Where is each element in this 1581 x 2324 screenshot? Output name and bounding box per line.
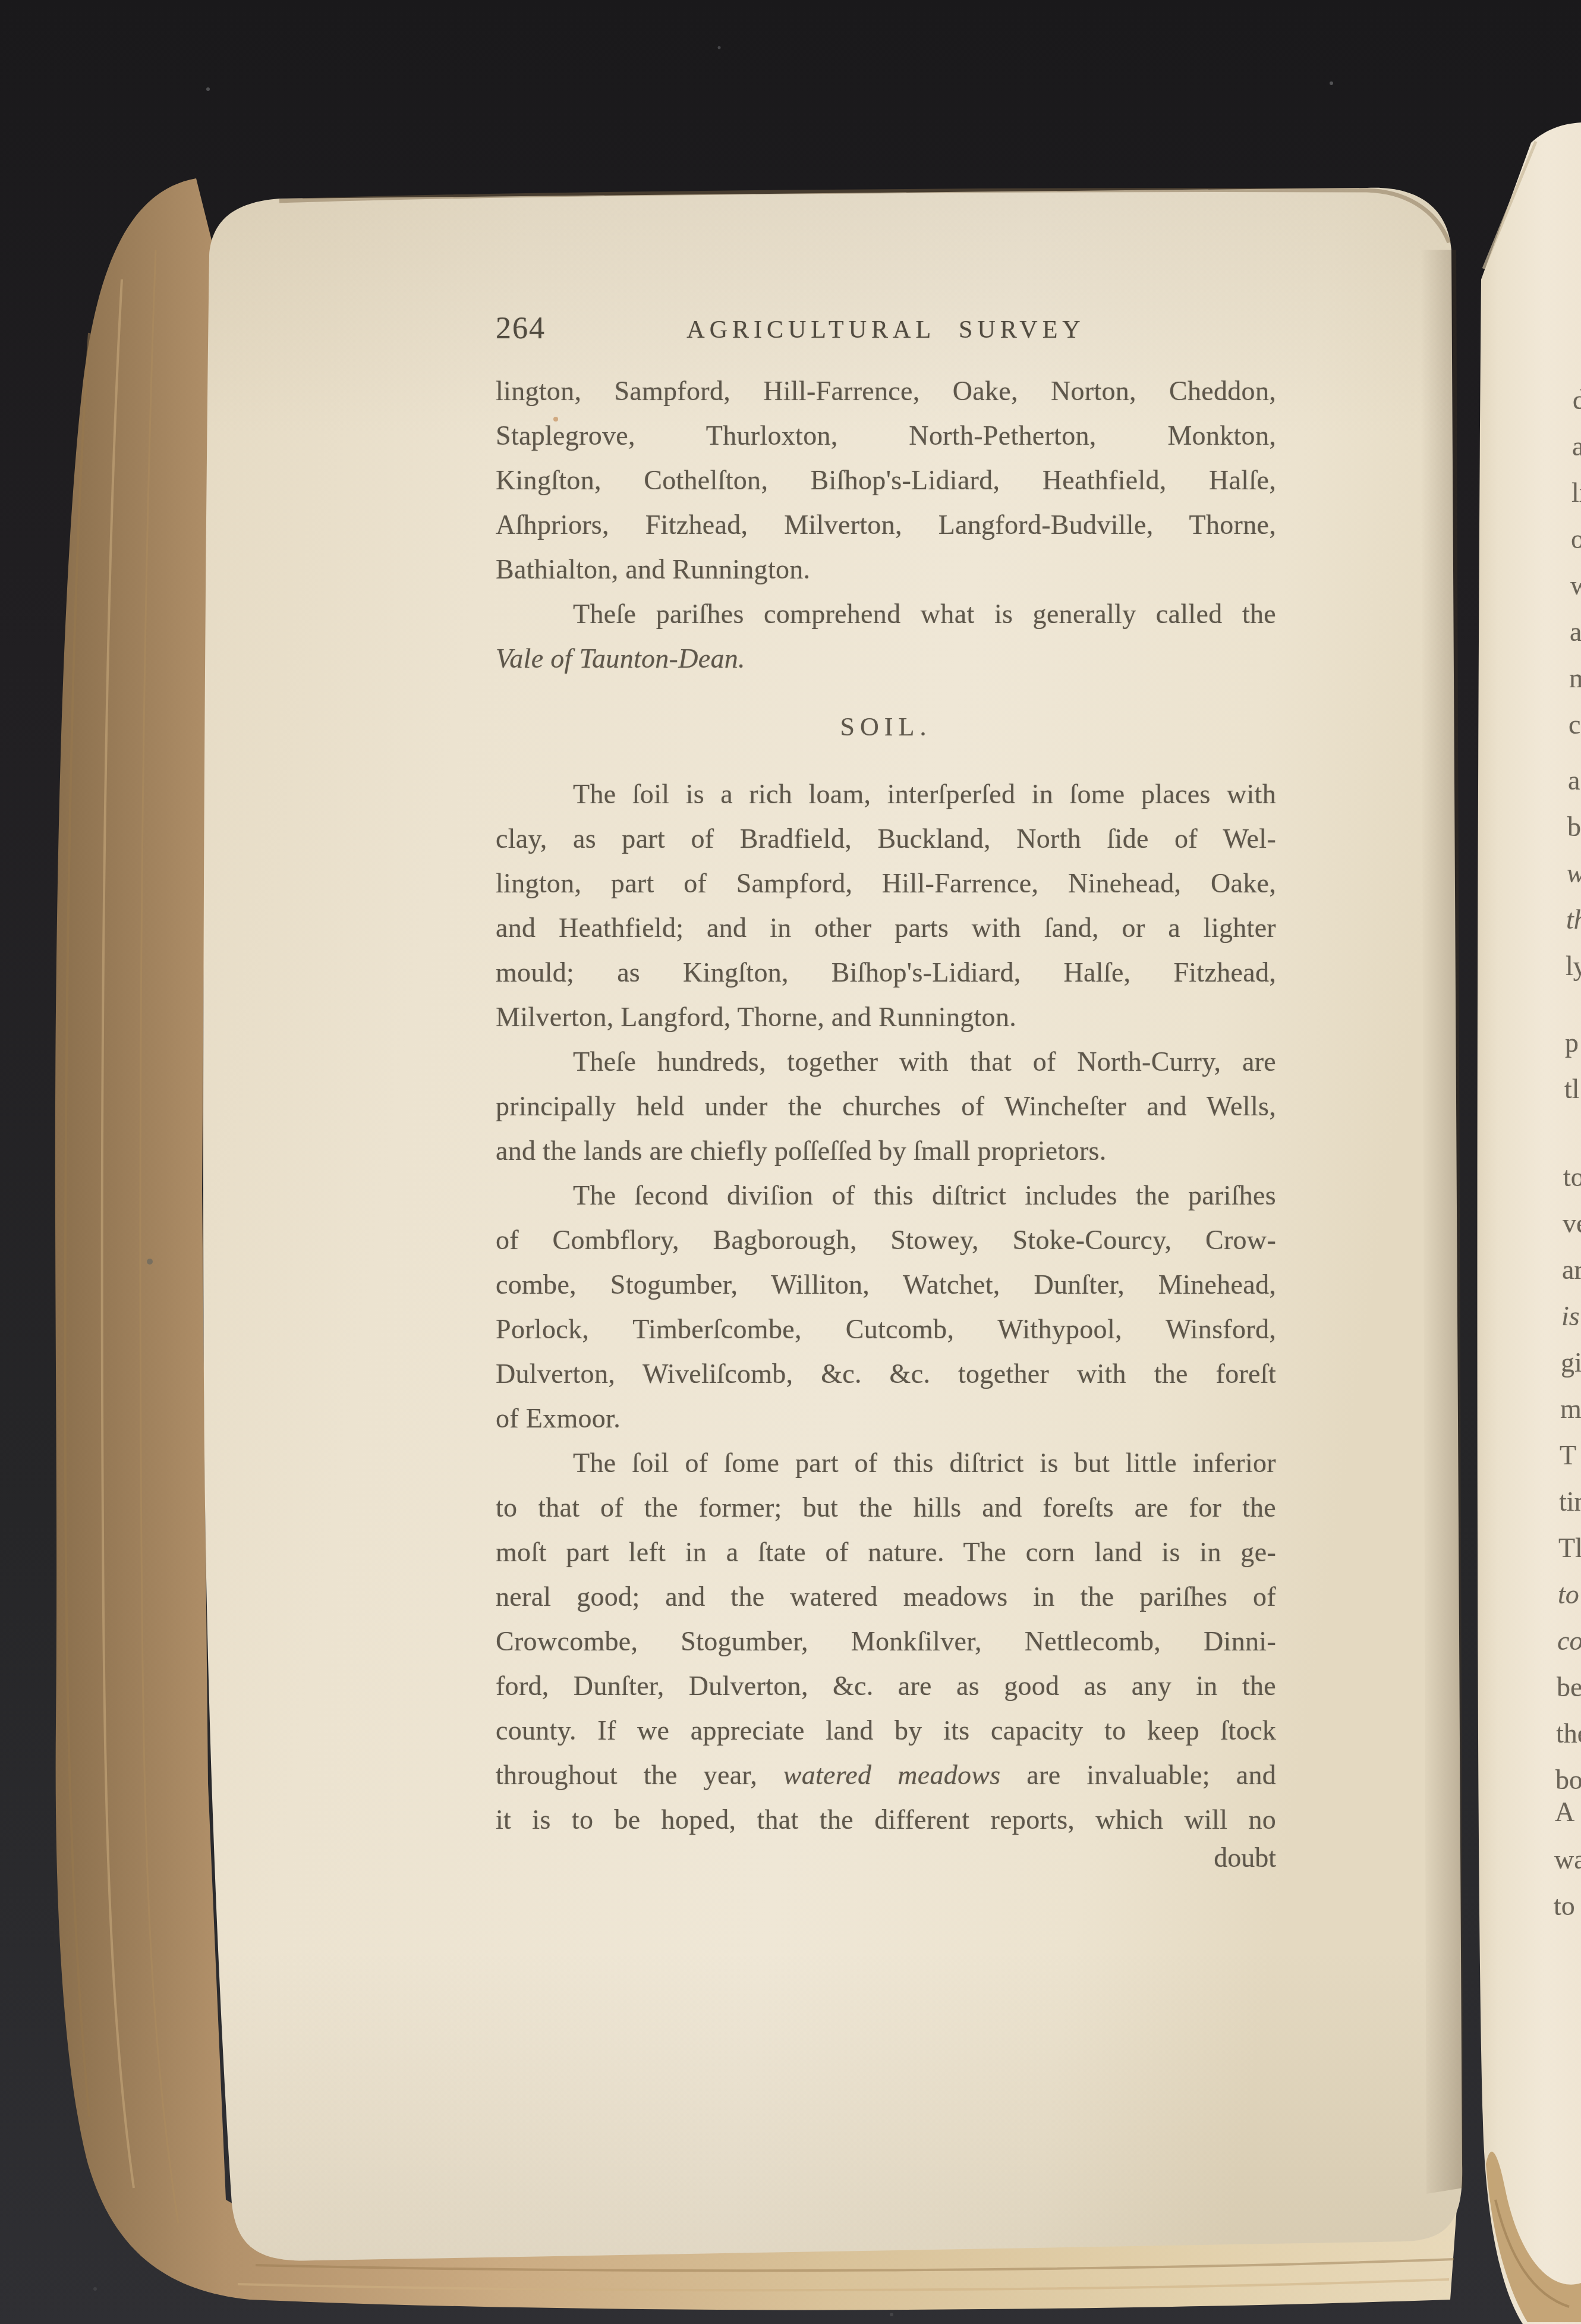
text-segment: The ſecond diviſion of this diſtrict inc… <box>573 1180 1276 1210</box>
italic-text-segment: Vale of Taunton-Dean. <box>496 643 745 674</box>
text-line: neral good; and the watered meadows in t… <box>496 1574 1276 1619</box>
facing-page-line-fragment: con <box>1557 1618 1581 1663</box>
running-head: AGRICULTURAL SURVEY <box>496 316 1276 344</box>
text-line: Vale of Taunton-Dean. <box>496 636 1276 681</box>
facing-page-line-fragment: are <box>1562 1247 1581 1292</box>
facing-page-line-fragment: A <box>1555 1790 1574 1834</box>
facing-page-line-fragment: b <box>1567 804 1581 849</box>
text-segment: Crowcombe, Stogumber, Monkſilver, Nettle… <box>496 1626 1276 1656</box>
facing-page-line-fragment: begi <box>1557 1665 1581 1709</box>
text-segment: Bathialton, and Runnington. <box>496 554 810 584</box>
facing-page-line-fragment: a <box>1568 758 1580 803</box>
facing-page-line-fragment: w <box>1567 851 1581 895</box>
text-line: Theſe hundreds, together with that of No… <box>496 1039 1276 1084</box>
text-segment: moſt part left in a ſtate of nature. The… <box>496 1537 1276 1567</box>
text-segment: Staplegrove, Thurloxton, North-Petherton… <box>496 420 1276 451</box>
text-segment: neral good; and the watered meadows in t… <box>496 1581 1276 1612</box>
dust-speck <box>1330 81 1333 85</box>
text-line: Theſe pariſhes comprehend what is genera… <box>496 592 1276 636</box>
text-line: clay, as part of Bradfield, Buckland, No… <box>496 816 1276 861</box>
text-line: and Heathfield; and in other parts with … <box>496 905 1276 950</box>
text-line: Milverton, Langford, Thorne, and Running… <box>496 995 1276 1039</box>
facing-page-line-fragment: of <box>1571 517 1581 561</box>
facing-page-line-fragment: a g <box>1572 424 1581 468</box>
text-line: principally held under the churches of W… <box>496 1084 1276 1128</box>
facing-page-line-fragment: the <box>1566 897 1581 942</box>
text-segment: Theſe pariſhes comprehend what is genera… <box>573 599 1276 629</box>
text-segment: Aſhpriors, Fitzhead, Milverton, Langford… <box>496 510 1276 540</box>
text-segment: Porlock, Timberſcombe, Cutcomb, Withypoo… <box>496 1314 1276 1344</box>
text-line: combe, Stogumber, Williton, Watchet, Dun… <box>496 1262 1276 1307</box>
facing-page-line-fragment: to <box>1563 1155 1581 1199</box>
facing-page-line-fragment: is n <box>1561 1294 1581 1338</box>
text-segment: Kingſton, Cothelſton, Biſhop's-Lidiard, … <box>496 465 1276 495</box>
text-segment: mould; as Kingſton, Biſhop's-Lidiard, Ha… <box>496 957 1276 988</box>
text-segment: it is to be hoped, that the different re… <box>496 1804 1276 1835</box>
text-segment: of Combflory, Bagborough, Stowey, Stoke-… <box>496 1225 1276 1255</box>
facing-page-line-fragment: give <box>1561 1340 1581 1385</box>
dust-speck <box>206 87 210 91</box>
text-segment: of Exmoor. <box>496 1403 621 1433</box>
text-line: ford, Dunſter, Dulverton, &c. are as goo… <box>496 1663 1276 1708</box>
text-line: The ſoil is a rich loam, interſperſed in… <box>496 772 1276 816</box>
facing-page-line-fragment: a r <box>1570 609 1581 654</box>
text-line: Staplegrove, Thurloxton, North-Petherton… <box>496 413 1276 458</box>
text-segment: and the lands are chiefly poſſeſſed by ſ… <box>496 1136 1107 1166</box>
facing-page-line-fragment: lyi <box>1566 944 1581 988</box>
text-segment: The ſoil is a rich loam, interſperſed in… <box>573 779 1276 809</box>
text-segment: combe, Stogumber, Williton, Watchet, Dun… <box>496 1269 1276 1300</box>
text-segment: county. If we appreciate land by its cap… <box>496 1715 1276 1746</box>
facing-page-line-fragment: wa <box>1570 563 1581 608</box>
catchword: doubt <box>496 1842 1276 1873</box>
text-segment: lington, Sampford, Hill-Farrence, Oake, … <box>496 376 1276 406</box>
facing-page-line-fragment: ve <box>1563 1201 1581 1246</box>
text-segment: clay, as part of Bradfield, Buckland, No… <box>496 823 1276 854</box>
text-segment: Theſe hundreds, together with that of No… <box>573 1046 1276 1077</box>
facing-page-line-fragment: wat <box>1554 1837 1581 1882</box>
text-line: of Combflory, Bagborough, Stowey, Stoke-… <box>496 1218 1276 1262</box>
text-line: to that of the former; but the hills and… <box>496 1485 1276 1530</box>
facing-page-line-fragment: lit <box>1571 470 1581 515</box>
facing-page-line-fragment: mor <box>1560 1386 1581 1431</box>
facing-page-line-fragment: co <box>1569 702 1581 747</box>
text-line: lington, Sampford, Hill-Farrence, Oake, … <box>496 369 1276 413</box>
facing-page-line-fragment: T <box>1560 1433 1576 1477</box>
facing-page-line-fragment: tin <box>1559 1479 1581 1524</box>
text-line: moſt part left in a ſtate of nature. The… <box>496 1530 1276 1574</box>
text-segment: principally held under the churches of W… <box>496 1091 1276 1121</box>
ink-speck <box>147 1259 153 1265</box>
section-heading: SOIL. <box>496 712 1276 742</box>
text-segment: lington, part of Sampford, Hill-Farrence… <box>496 868 1276 898</box>
text-line: The ſoil of ſome part of this diſtrict i… <box>496 1441 1276 1485</box>
facing-page-line-fragment: m <box>1569 656 1581 700</box>
text-segment: to that of the former; but the hills and… <box>496 1492 1276 1523</box>
text-line: Kingſton, Cothelſton, Biſhop's-Lidiard, … <box>496 458 1276 502</box>
dust-speck <box>93 2287 97 2291</box>
text-segment: and Heathfield; and in other parts with … <box>496 913 1276 943</box>
text-line: and the lands are chiefly poſſeſſed by ſ… <box>496 1128 1276 1173</box>
text-line: Dulverton, Wiveliſcomb, &c. &c. together… <box>496 1351 1276 1396</box>
gutter-shadow <box>1421 250 1463 2194</box>
text-segment: are invaluable; and <box>1000 1760 1276 1790</box>
text-line: of Exmoor. <box>496 1396 1276 1441</box>
text-line: Bathialton, and Runnington. <box>496 547 1276 592</box>
facing-page-line-fragment: p <box>1565 1020 1579 1065</box>
text-line: The ſecond diviſion of this diſtrict inc… <box>496 1173 1276 1218</box>
text-line: county. If we appreciate land by its cap… <box>496 1708 1276 1753</box>
book-photograph: 264 AGRICULTURAL SURVEY SOIL. lington, S… <box>0 0 1581 2324</box>
facing-page-line-fragment: do <box>1573 378 1581 422</box>
facing-page-line-fragment: tl <box>1564 1067 1580 1111</box>
facing-page-line-fragment: to <box>1558 1572 1579 1617</box>
text-segment: Milverton, Langford, Thorne, and Running… <box>496 1002 1016 1032</box>
text-line: mould; as Kingſton, Biſhop's-Lidiard, Ha… <box>496 950 1276 995</box>
text-segment: The ſoil of ſome part of this diſtrict i… <box>573 1448 1276 1478</box>
text-line: Porlock, Timberſcombe, Cutcomb, Withypoo… <box>496 1307 1276 1351</box>
facing-page-line-fragment: the <box>1556 1711 1581 1756</box>
facing-page-line-fragment: to f <box>1554 1883 1581 1928</box>
text-segment: Dulverton, Wiveliſcomb, &c. &c. together… <box>496 1358 1276 1389</box>
text-line: throughout the year, watered meadows are… <box>496 1753 1276 1797</box>
facing-page-line-fragment: Tl <box>1558 1526 1581 1570</box>
page-text-block: 264 AGRICULTURAL SURVEY SOIL. lington, S… <box>496 0 1276 2324</box>
text-line: Crowcombe, Stogumber, Monkſilver, Nettle… <box>496 1619 1276 1663</box>
text-line: lington, part of Sampford, Hill-Farrence… <box>496 861 1276 905</box>
text-segment: throughout the year, <box>496 1760 783 1790</box>
text-line: Aſhpriors, Fitzhead, Milverton, Langford… <box>496 502 1276 547</box>
italic-text-segment: watered meadows <box>783 1760 1001 1790</box>
text-line: it is to be hoped, that the different re… <box>496 1797 1276 1842</box>
text-segment: ford, Dunſter, Dulverton, &c. are as goo… <box>496 1671 1276 1701</box>
